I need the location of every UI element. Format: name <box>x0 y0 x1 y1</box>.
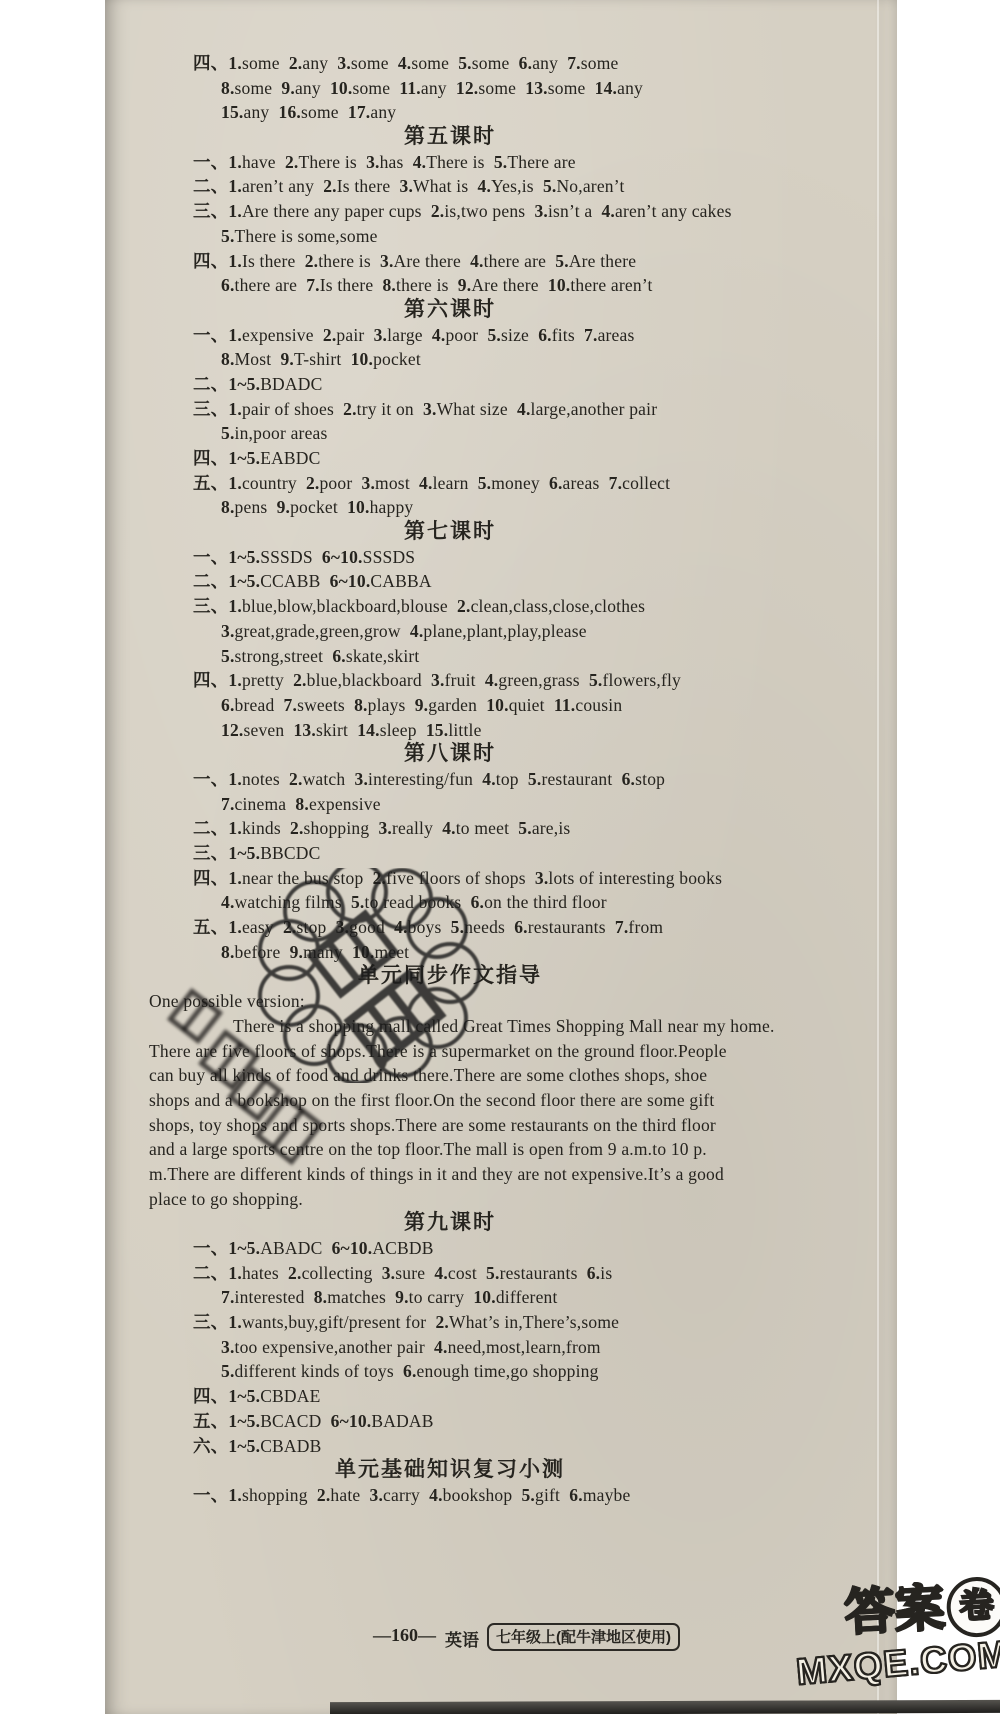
answer-line: 二、1~5.BDADC <box>105 372 897 397</box>
answer-line: 四、1~5.CBDAE <box>105 1384 897 1409</box>
answer-line: m.There are different kinds of things in… <box>105 1162 897 1187</box>
paper-scan: 四、1.some 2.any 3.some 4.some 5.some 6.an… <box>105 0 897 1714</box>
section-heading: 第九课时 <box>105 1211 795 1236</box>
answer-line: 一、1.shopping 2.hate 3.carry 4.bookshop 5… <box>105 1483 897 1508</box>
answer-line: 五、1.easy 2.stop 3.good 4.boys 5.needs 6.… <box>105 915 897 940</box>
answer-line: 四、1.near the bus stop 2.five floors of s… <box>105 866 897 891</box>
answer-line: 3.great,grade,green,grow 4.plane,plant,p… <box>105 619 897 644</box>
answer-line: 8.pens 9.pocket 10.happy <box>105 495 897 520</box>
ink-stamp <box>253 868 483 1083</box>
answer-line: 四、1.pretty 2.blue,blackboard 3.fruit 4.g… <box>105 668 897 693</box>
answer-content: 四、1.some 2.any 3.some 4.some 5.some 6.an… <box>105 51 897 1508</box>
answer-line: 一、1~5.SSSDS 6~10.SSSDS <box>105 545 897 570</box>
section-heading: 第八课时 <box>105 742 795 767</box>
answer-line: 3.too expensive,another pair 4.need,most… <box>105 1335 897 1360</box>
scanned-answer-page: 四、1.some 2.any 3.some 4.some 5.some 6.an… <box>0 0 1000 1714</box>
answer-line: 五、1.country 2.poor 3.most 4.learn 5.mone… <box>105 471 897 496</box>
answer-line: 一、1.have 2.There is 3.has 4.There is 5.T… <box>105 150 897 175</box>
answer-line: 12.seven 13.skirt 14.sleep 15.little <box>105 718 897 743</box>
answer-line: 五、1~5.BCACD 6~10.BADAB <box>105 1409 897 1434</box>
watermark-circled-char: 卷 <box>945 1576 1000 1639</box>
answer-line: 三、1.wants,buy,gift/present for 2.What’s … <box>105 1310 897 1335</box>
answer-line: 5.strong,street 6.skate,skirt <box>105 644 897 669</box>
page-number: —160— <box>373 1625 436 1646</box>
answer-line: 15.any 16.some 17.any <box>105 100 897 125</box>
answer-line: 四、1.Is there 2.there is 3.Are there 4.th… <box>105 249 897 274</box>
answer-line: 二、1.hates 2.collecting 3.sure 4.cost 5.r… <box>105 1261 897 1286</box>
answer-line: 三、1.pair of shoes 2.try it on 3.What siz… <box>105 397 897 422</box>
answer-line: 6.bread 7.sweets 8.plays 9.garden 10.qui… <box>105 693 897 718</box>
answer-line: 三、1~5.BBCDC <box>105 841 897 866</box>
answer-line: 8.some 9.any 10.some 11.any 12.some 13.s… <box>105 76 897 101</box>
answer-line: 8.Most 9.T-shirt 10.pocket <box>105 347 897 372</box>
answer-line: 5.in,poor areas <box>105 421 897 446</box>
footer-edition: 七年级上(配牛津地区使用) <box>487 1623 680 1651</box>
section-heading: 第七课时 <box>105 520 795 545</box>
answer-line: 二、1.aren’t any 2.Is there 3.What is 4.Ye… <box>105 174 897 199</box>
answer-line: 二、1~5.CCABB 6~10.CABBA <box>105 569 897 594</box>
answer-line: 三、1.Are there any paper cups 2.is,two pe… <box>105 199 897 224</box>
answer-line: shops and a bookshop on the first floor.… <box>105 1088 897 1113</box>
answer-line: 4.watching films 5.to read books 6.on th… <box>105 890 897 915</box>
scan-shadow-strip <box>330 1700 1000 1714</box>
answer-line: and a large sports centre on the top flo… <box>105 1137 897 1162</box>
answer-line: 三、1.blue,blow,blackboard,blouse 2.clean,… <box>105 594 897 619</box>
answer-line: 6.there are 7.Is there 8.there is 9.Are … <box>105 273 897 298</box>
answer-line: 5.different kinds of toys 6.enough time,… <box>105 1359 897 1384</box>
answer-line: place to go shopping. <box>105 1187 897 1212</box>
answer-line: 7.interested 8.matches 9.to carry 10.dif… <box>105 1285 897 1310</box>
footer-subject: 英语 <box>445 1626 479 1651</box>
answer-line: 7.cinema 8.expensive <box>105 792 897 817</box>
answer-line: 8.before 9.many 10.meet <box>105 940 897 965</box>
paper-crease <box>877 0 879 1714</box>
answer-line: 四、1~5.EABDC <box>105 446 897 471</box>
answer-line: One possible version: <box>105 989 897 1014</box>
page-footer: —160— 英语 七年级上(配牛津地区使用) <box>105 1622 897 1652</box>
answer-line: shops, toy shops and sports shops.There … <box>105 1113 897 1138</box>
answer-line: 一、1.notes 2.watch 3.interesting/fun 4.to… <box>105 767 897 792</box>
section-heading: 第五课时 <box>105 125 795 150</box>
answer-line: 一、1~5.ABADC 6~10.ACBDB <box>105 1236 897 1261</box>
answer-line: 二、1.kinds 2.shopping 3.really 4.to meet … <box>105 816 897 841</box>
answer-line: 四、1.some 2.any 3.some 4.some 5.some 6.an… <box>105 51 897 76</box>
answer-line: 一、1.expensive 2.pair 3.large 4.poor 5.si… <box>105 323 897 348</box>
section-heading: 单元基础知识复习小测 <box>105 1458 795 1483</box>
answer-line: 六、1~5.CBADB <box>105 1434 897 1459</box>
section-heading: 第六课时 <box>105 298 795 323</box>
answer-line: 5.There is some,some <box>105 224 897 249</box>
